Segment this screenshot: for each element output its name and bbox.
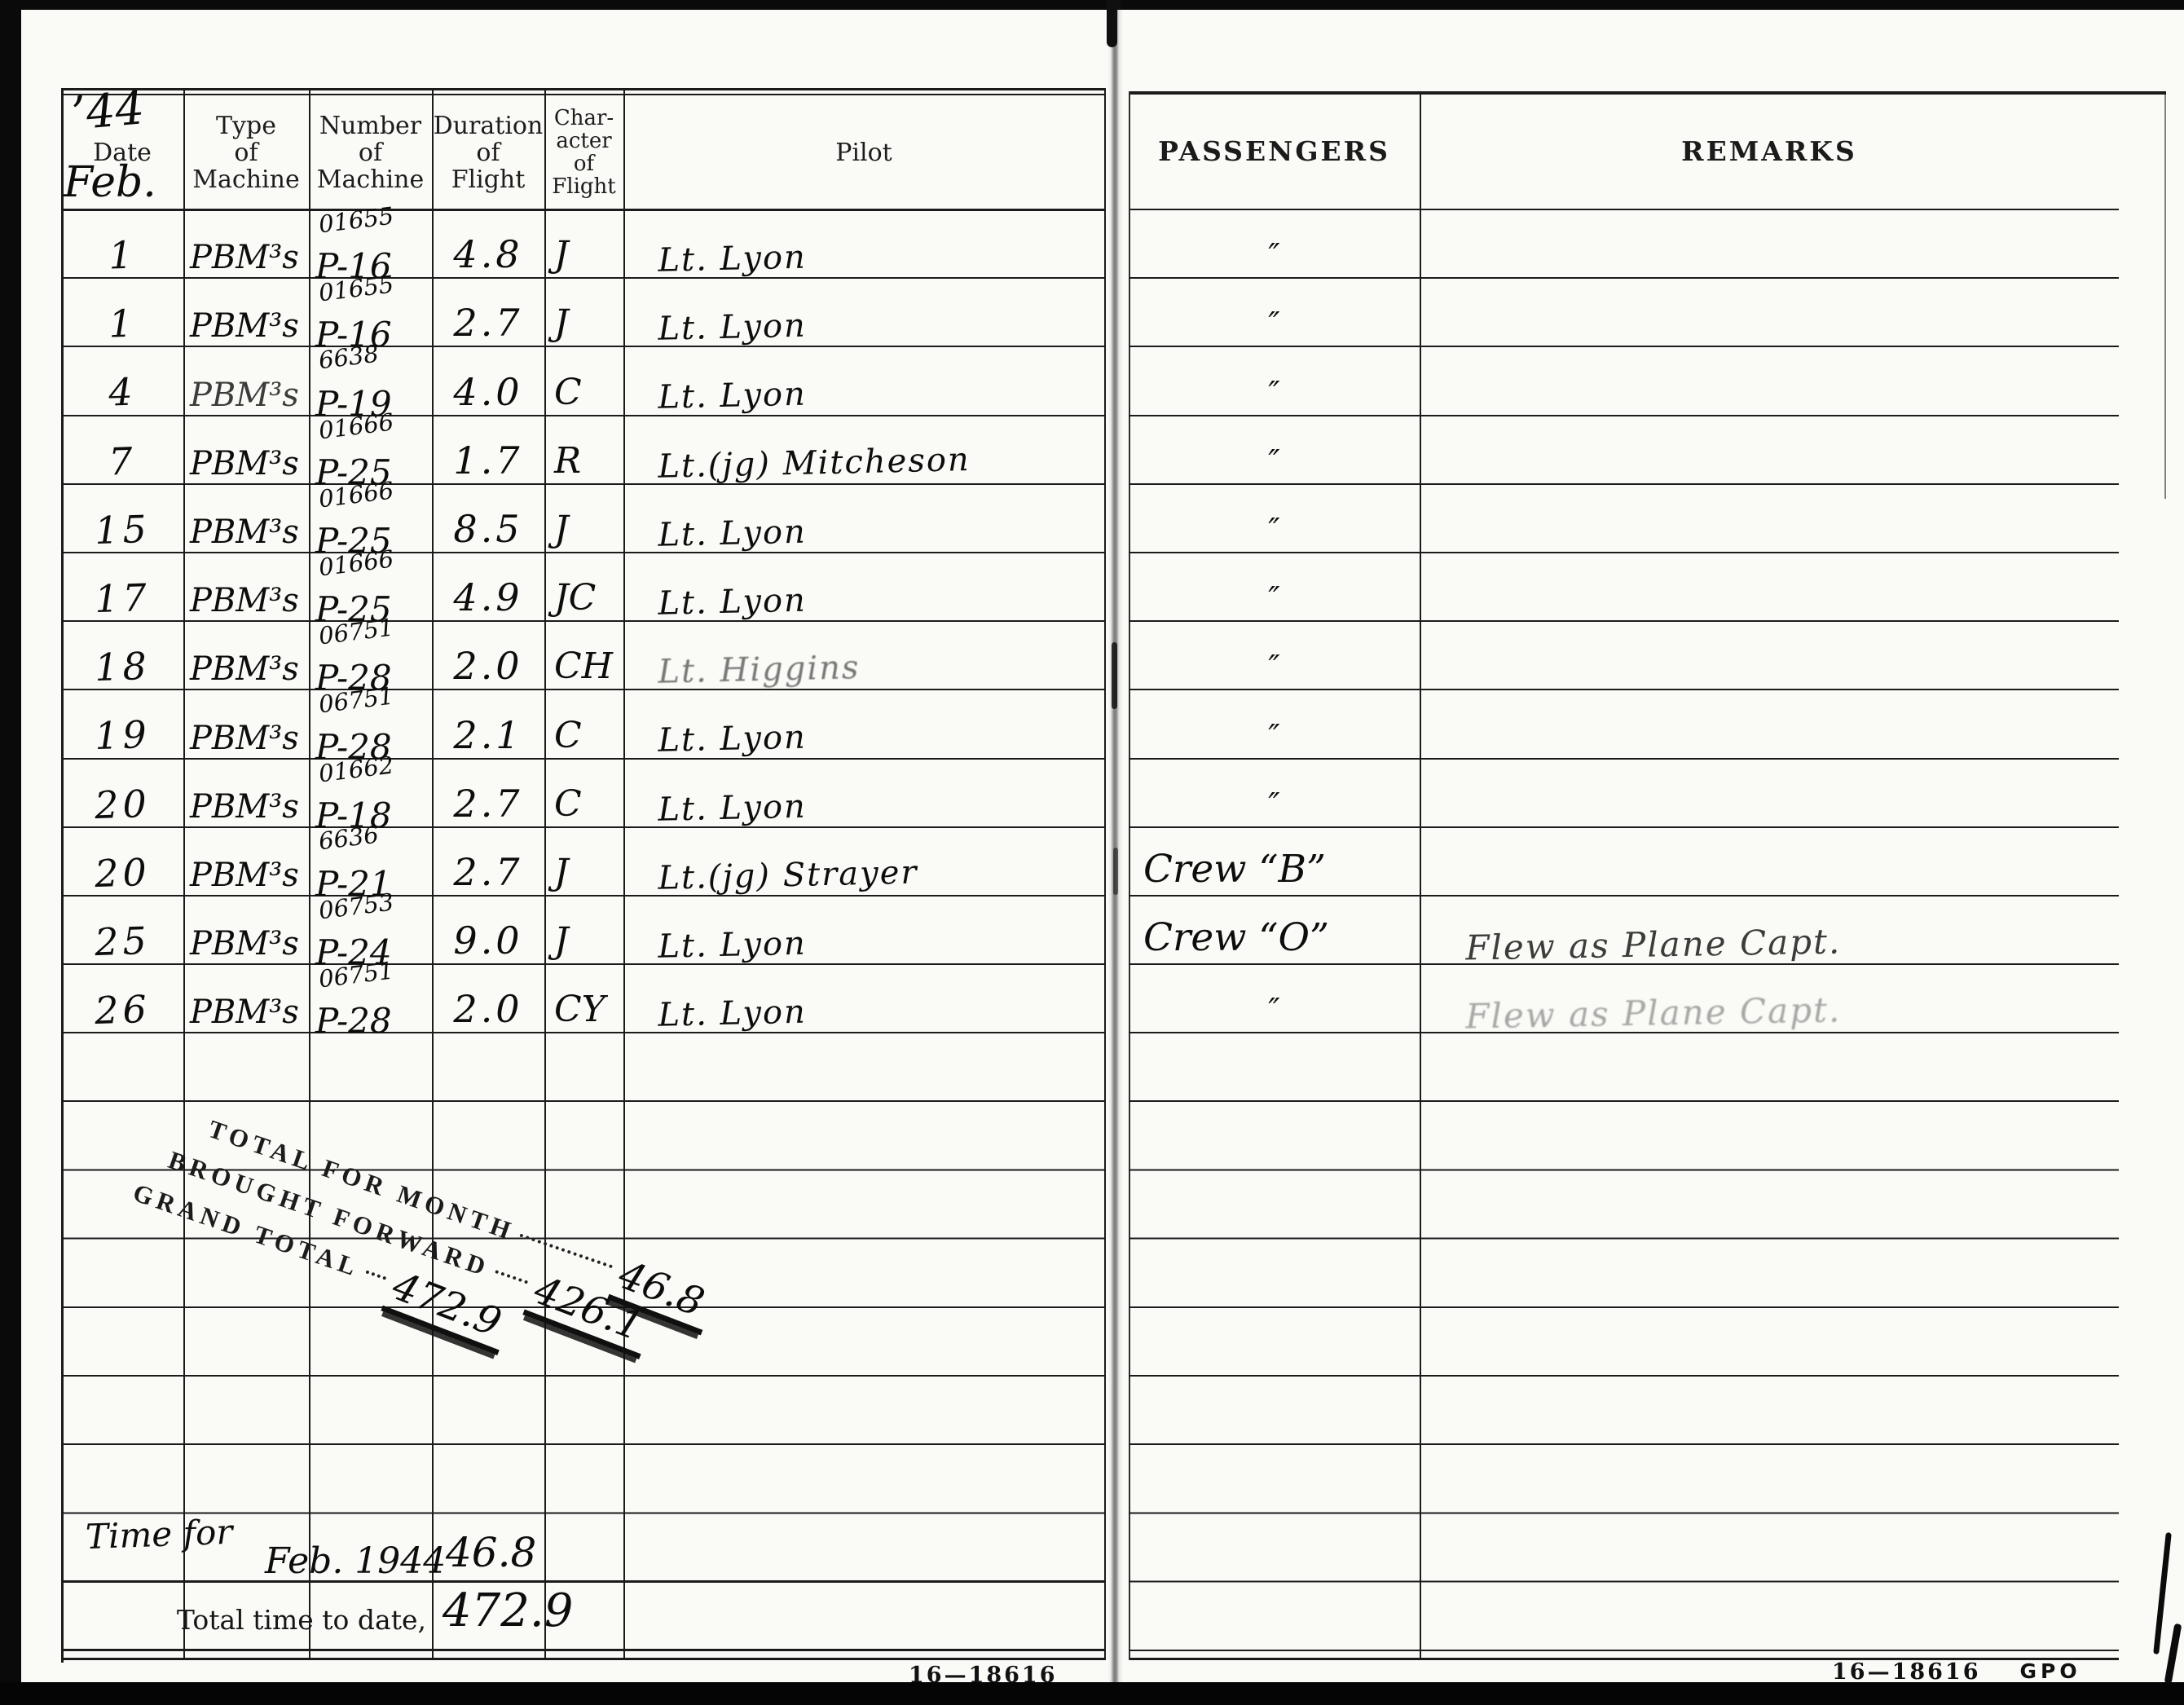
flight-character: CY xyxy=(544,965,623,1032)
flight-character: C xyxy=(544,347,623,414)
passengers-entry: ″ xyxy=(1129,210,1420,277)
flight-row: 1 PBM³s 01655 P-16 2.7 J Lt. Lyon xyxy=(61,279,1104,347)
fold-mark-top xyxy=(1107,0,1117,47)
flight-date: 1 xyxy=(60,277,185,348)
flight-duration: 4.8 xyxy=(432,210,544,277)
machine-number: 01666 P-25 xyxy=(309,485,432,552)
scan-edge-top xyxy=(0,0,2184,10)
machine-type: PBM³s xyxy=(183,210,309,277)
flight-row: 18 PBM³s 06751 P-28 2.0 CH Lt. Higgins xyxy=(61,622,1104,690)
remark-text xyxy=(1419,822,2119,901)
flight-row: 1 PBM³s 01655 P-16 4.8 J Lt. Lyon xyxy=(61,210,1104,279)
machine-number: 06751 P-28 xyxy=(309,622,432,689)
machine-type: PBM³s xyxy=(183,897,309,963)
machine-type: PBM³s xyxy=(183,760,309,826)
gpo-imprint: GPO xyxy=(2020,1659,2081,1685)
flight-pilot: Lt.(jg) Strayer xyxy=(623,822,1105,901)
flight-date: 1 xyxy=(60,208,185,279)
flight-pilot: Lt. Lyon xyxy=(623,205,1105,283)
remark-text xyxy=(1419,547,2119,626)
machine-type: PBM³s xyxy=(183,553,309,620)
machine-serial: 6636 xyxy=(318,822,381,853)
machine-number: 6638 P-19 xyxy=(309,347,432,414)
machine-serial: 6638 xyxy=(318,342,381,373)
remark-text xyxy=(1419,410,2119,489)
remark-text xyxy=(1419,478,2119,557)
passengers-entry: ″ xyxy=(1129,553,1420,620)
passengers-entry: ″ xyxy=(1129,347,1420,414)
right-row: ″ xyxy=(1129,347,2119,416)
column-header-type: Type of Machine xyxy=(183,96,309,209)
flight-duration: 2.7 xyxy=(432,760,544,826)
fold-mark-lower xyxy=(1113,848,1118,895)
month-total-hours: 46.8 xyxy=(446,1529,536,1576)
flight-character: C xyxy=(544,690,623,757)
machine-type: PBM³s xyxy=(183,485,309,552)
flight-row: 4 PBM³s 6638 P-19 4.0 C Lt. Lyon xyxy=(61,347,1104,416)
right-row: ″ xyxy=(1129,760,2119,828)
flight-character: J xyxy=(544,485,623,552)
machine-serial: 01655 xyxy=(318,204,395,236)
machine-number: 01666 P-25 xyxy=(309,416,432,483)
remark-text xyxy=(1419,685,2119,764)
flight-duration: 8.5 xyxy=(432,485,544,552)
column-header-pilot: Pilot xyxy=(623,96,1104,209)
right-row: ″ xyxy=(1129,416,2119,485)
right-empty-rows xyxy=(1129,1033,2119,1651)
total-time-value: 472.9 xyxy=(443,1584,573,1637)
flight-duration: 2.1 xyxy=(432,690,544,757)
machine-type: PBM³s xyxy=(183,828,309,895)
right-row: ″ xyxy=(1129,485,2119,553)
time-for-label: Time for xyxy=(85,1512,233,1557)
passengers-entry: ″ xyxy=(1129,416,1420,483)
flight-character: C xyxy=(544,760,623,826)
machine-serial: 06753 xyxy=(318,890,395,923)
flight-row: 17 PBM³s 01666 P-25 4.9 JC Lt. Lyon xyxy=(61,553,1104,622)
flight-pilot: Lt. Higgins xyxy=(623,616,1105,694)
flight-row: 26 PBM³s 06751 P-28 2.0 CY Lt. Lyon xyxy=(61,965,1104,1033)
flight-character: JC xyxy=(544,553,623,620)
flight-row: 7 PBM³s 01666 P-25 1.7 R Lt.(jg) Mitches… xyxy=(61,416,1104,485)
flight-character: CH xyxy=(544,622,623,689)
stamp-leader xyxy=(365,1270,386,1280)
stamp-leader xyxy=(495,1270,528,1284)
flight-row: 20 PBM³s 6636 P-21 2.7 J Lt.(jg) Strayer xyxy=(61,828,1104,897)
left-table-header-row: Date Type of Machine Number of Machine D… xyxy=(61,96,1104,209)
flight-duration: 2.0 xyxy=(432,965,544,1032)
column-header-number: Number of Machine xyxy=(309,96,432,209)
remark-text xyxy=(1419,341,2119,421)
flight-row: 15 PBM³s 01666 P-25 8.5 J Lt. Lyon xyxy=(61,485,1104,553)
remark-text: Flew as Plane Capt. xyxy=(1419,959,2119,1038)
remark-text xyxy=(1419,273,2119,352)
machine-number: 01655 P-16 xyxy=(309,210,432,277)
passengers-entry: ″ xyxy=(1129,622,1420,689)
machine-serial: 01655 xyxy=(318,273,395,306)
flight-pilot: Lt. Lyon xyxy=(623,959,1105,1038)
passengers-entry: Crew “O” xyxy=(1129,897,1420,963)
machine-number: 01666 P-25 xyxy=(309,553,432,620)
right-row: ″ xyxy=(1129,553,2119,622)
right-row: ″ xyxy=(1129,622,2119,690)
flight-date: 20 xyxy=(60,757,185,828)
flight-row: 20 PBM³s 01662 P-18 2.7 C Lt. Lyon xyxy=(61,760,1104,828)
right-row: Crew “O” Flew as Plane Capt. xyxy=(1129,897,2119,965)
flight-duration: 4.9 xyxy=(432,553,544,620)
flight-date: 17 xyxy=(60,551,185,622)
flight-row: 19 PBM³s 06751 P-28 2.1 C Lt. Lyon xyxy=(61,690,1104,759)
machine-serial: 01666 xyxy=(318,410,395,443)
machine-serial: 06751 xyxy=(318,959,395,992)
flight-character: J xyxy=(544,828,623,895)
machine-serial: 06751 xyxy=(318,685,395,717)
column-header-character: Char- acter of Flight xyxy=(544,96,623,209)
left-table-bottom-border xyxy=(61,1658,1106,1660)
right-table-right-border xyxy=(2164,91,2166,499)
flight-date: 25 xyxy=(60,894,185,965)
machine-number: 06753 P-24 xyxy=(309,897,432,963)
machine-serial: 01666 xyxy=(318,547,395,579)
scan-edge-bottom xyxy=(0,1682,2184,1705)
total-time-to-date-row: Total time to date, 472.9 xyxy=(61,1583,1104,1651)
machine-serial: 01662 xyxy=(318,753,395,786)
flight-date: 15 xyxy=(60,482,185,553)
time-for-month-row: Time for Feb. 1944 46.8 xyxy=(61,1514,1104,1583)
month-annotation: Feb. xyxy=(64,158,156,207)
machine-type: PBM³s xyxy=(183,279,309,346)
flight-duration: 9.0 xyxy=(432,897,544,963)
flight-character: R xyxy=(544,416,623,483)
flight-character: J xyxy=(544,279,623,346)
machine-number: 06751 P-28 xyxy=(309,965,432,1032)
machine-type: PBM³s xyxy=(183,416,309,483)
passengers-entry: ″ xyxy=(1129,485,1420,552)
passengers-entry: ″ xyxy=(1129,760,1420,826)
right-row: ″ xyxy=(1129,210,2119,279)
flight-duration: 2.7 xyxy=(432,828,544,895)
machine-number: 01662 P-18 xyxy=(309,760,432,826)
flight-duration: 2.0 xyxy=(432,622,544,689)
flight-pilot: Lt. Lyon xyxy=(623,685,1105,764)
page-fold-line xyxy=(1108,0,1123,1682)
flight-date: 26 xyxy=(60,963,185,1033)
right-row: ″ xyxy=(1129,690,2119,759)
remark-text xyxy=(1419,753,2119,832)
fold-mark-middle xyxy=(1112,642,1117,709)
machine-number: 06751 P-28 xyxy=(309,690,432,757)
total-time-label: Total time to date, xyxy=(61,1604,426,1636)
flight-pilot: Lt. Lyon xyxy=(623,754,1105,832)
machine-type: PBM³s xyxy=(183,690,309,757)
right-row: ″ xyxy=(1129,279,2119,347)
page-curl-mark xyxy=(2153,1532,2172,1654)
passengers-entry: ″ xyxy=(1129,690,1420,757)
flight-duration: 2.7 xyxy=(432,279,544,346)
flight-pilot: Lt. Lyon xyxy=(623,479,1105,557)
flight-duration: 4.0 xyxy=(432,347,544,414)
flight-date: 19 xyxy=(60,689,185,760)
flight-character: J xyxy=(544,897,623,963)
machine-number: 01655 P-16 xyxy=(309,279,432,346)
column-header-remarks: REMARKS xyxy=(1420,91,2119,210)
flight-pilot: Lt.(jg) Mitcheson xyxy=(623,411,1105,489)
flight-date: 20 xyxy=(60,826,185,897)
column-header-duration: Duration of Flight xyxy=(432,96,544,209)
passengers-entry: ″ xyxy=(1129,965,1420,1032)
passengers-entry: Crew “B” xyxy=(1129,828,1420,895)
passenger-remark-rows: ″ ″ ″ ″ ″ ″ ″ ″ ″ Crew “B” xyxy=(1129,210,2119,1033)
machine-type: PBM³s xyxy=(183,622,309,689)
flight-pilot: Lt. Lyon xyxy=(623,342,1105,421)
flight-pilot: Lt. Lyon xyxy=(623,891,1105,969)
right-table-header-row: PASSENGERS REMARKS xyxy=(1129,91,2119,210)
flight-pilot: Lt. Lyon xyxy=(623,274,1105,352)
machine-serial: 01666 xyxy=(318,478,395,511)
remark-text: Flew as Plane Capt. xyxy=(1419,890,2119,969)
year-annotation: ’44 xyxy=(69,82,146,141)
machine-number: 6636 P-21 xyxy=(309,828,432,895)
logbook-scan: ’44 Feb. Date Type of Machine Number of … xyxy=(0,0,2184,1705)
flight-date: 7 xyxy=(60,414,185,485)
remark-text xyxy=(1419,616,2119,695)
page-curl-mark-2 xyxy=(2164,1623,2182,1684)
passengers-entry: ″ xyxy=(1129,279,1420,346)
remark-text xyxy=(1419,205,2119,284)
flight-duration: 1.7 xyxy=(432,416,544,483)
right-row: Crew “B” xyxy=(1129,828,2119,897)
machine-type: PBM³s xyxy=(183,965,309,1032)
flight-pilot: Lt. Lyon xyxy=(623,548,1105,626)
machine-serial: 06751 xyxy=(318,616,395,649)
right-row: ″ Flew as Plane Capt. xyxy=(1129,965,2119,1033)
form-number-right: 16—18616 GPO xyxy=(1832,1659,2081,1685)
flight-date: 18 xyxy=(60,620,185,691)
machine-plane-id: P-28 xyxy=(315,1004,392,1038)
flight-rows: 1 PBM³s 01655 P-16 4.8 J Lt. Lyon 1 PBM³… xyxy=(61,210,1104,1033)
flight-character: J xyxy=(544,210,623,277)
scan-edge-left xyxy=(0,0,21,1705)
flight-row: 25 PBM³s 06753 P-24 9.0 J Lt. Lyon xyxy=(61,897,1104,965)
column-header-passengers: PASSENGERS xyxy=(1129,91,1420,210)
form-number-right-value: 16—18616 xyxy=(1832,1659,1981,1685)
flight-date: 4 xyxy=(60,346,185,416)
machine-type: PBM³s xyxy=(183,347,309,414)
time-for-period: Feb. 1944 xyxy=(265,1540,446,1582)
left-table-top-border-inner xyxy=(61,94,1106,95)
left-table-top-border xyxy=(61,88,1106,90)
